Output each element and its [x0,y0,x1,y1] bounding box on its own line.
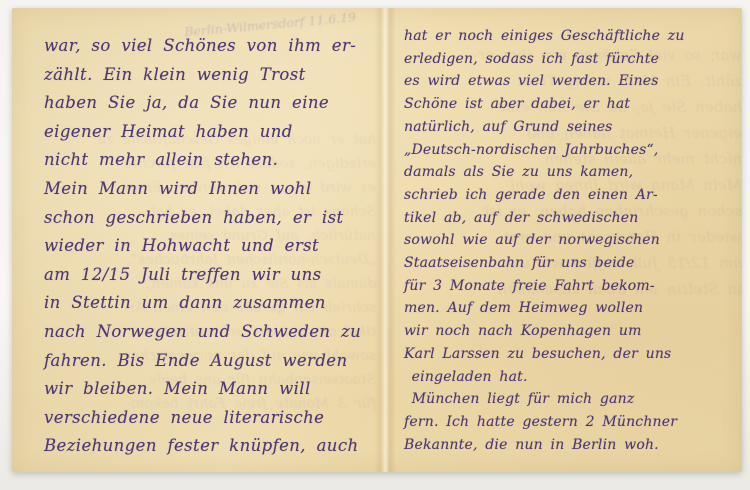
handwriting-line: fern. Ich hatte gestern 2 Münchner [404,411,750,434]
handwriting-line: men. Auf dem Heimweg wollen [404,297,750,320]
handwriting-line: verschiedene neue literarische [44,404,378,433]
letter-page-right: hat er noch einiges Geschäftliche zuerle… [404,25,750,456]
handwriting-line: zählt. Ein klein wenig Trost [44,61,378,90]
handwriting-line: Karl Larssen zu besuchen, der uns [404,343,750,366]
handwriting-line: sowohl wie auf der norwegischen [404,229,750,252]
handwriting-line: wieder in Hohwacht und erst [44,232,378,261]
handwriting-line: Schöne ist aber dabei, er hat [404,93,750,116]
handwriting-line: wir noch nach Kopenhagen um [404,320,750,343]
handwriting-line: war, so viel Schönes von ihm er- [44,32,378,61]
letter-page-left: war, so viel Schönes von ihm er-zählt. E… [44,32,378,461]
handwriting-line: hat er noch einiges Geschäftliche zu [404,25,750,48]
handwriting-line: es wird etwas viel werden. Eines [404,70,750,93]
handwriting-line: natürlich, auf Grund seines [404,116,750,139]
handwriting-line: „Deutsch-nordischen Jahrbuches“, [404,139,750,162]
handwriting-line: am 12/15 Juli treffen wir uns [44,261,378,290]
handwriting-line: in Stettin um dann zusammen [44,289,378,318]
handwriting-line: tikel ab, auf der schwedischen [404,207,750,230]
handwriting-line: schon geschrieben haben, er ist [44,204,378,233]
handwriting-line: schrieb ich gerade den einen Ar- [404,184,750,207]
handwriting-line: haben Sie ja, da Sie nun eine [44,89,378,118]
letter-paper: Berlin-Wilmersdorf 11.6.19 hat er noch e… [12,8,742,472]
handwriting-line: Mein Mann wird Ihnen wohl [44,175,378,204]
handwriting-line: nicht mehr allein stehen. [44,146,378,175]
handwriting-line: fahren. Bis Ende August werden [44,347,378,376]
letter-scan: Berlin-Wilmersdorf 11.6.19 hat er noch e… [0,0,750,490]
handwriting-line: München liegt für mich ganz [404,388,750,411]
handwriting-line: Beziehungen fester knüpfen, auch [44,432,378,461]
handwriting-line: nach Norwegen und Schweden zu [44,318,378,347]
handwriting-line: für 3 Monate freie Fahrt bekom- [404,275,750,298]
handwriting-line: erledigen, sodass ich fast fürchte [404,48,750,71]
handwriting-line: Staatseisenbahn für uns beide [404,252,750,275]
handwriting-line: eigener Heimat haben und [44,118,378,147]
handwriting-line: eingeladen hat. [404,366,750,389]
handwriting-line: Bekannte, die nun in Berlin woh. [404,434,750,457]
handwriting-line: wir bleiben. Mein Mann will [44,375,378,404]
handwriting-line: damals als Sie zu uns kamen, [404,161,750,184]
